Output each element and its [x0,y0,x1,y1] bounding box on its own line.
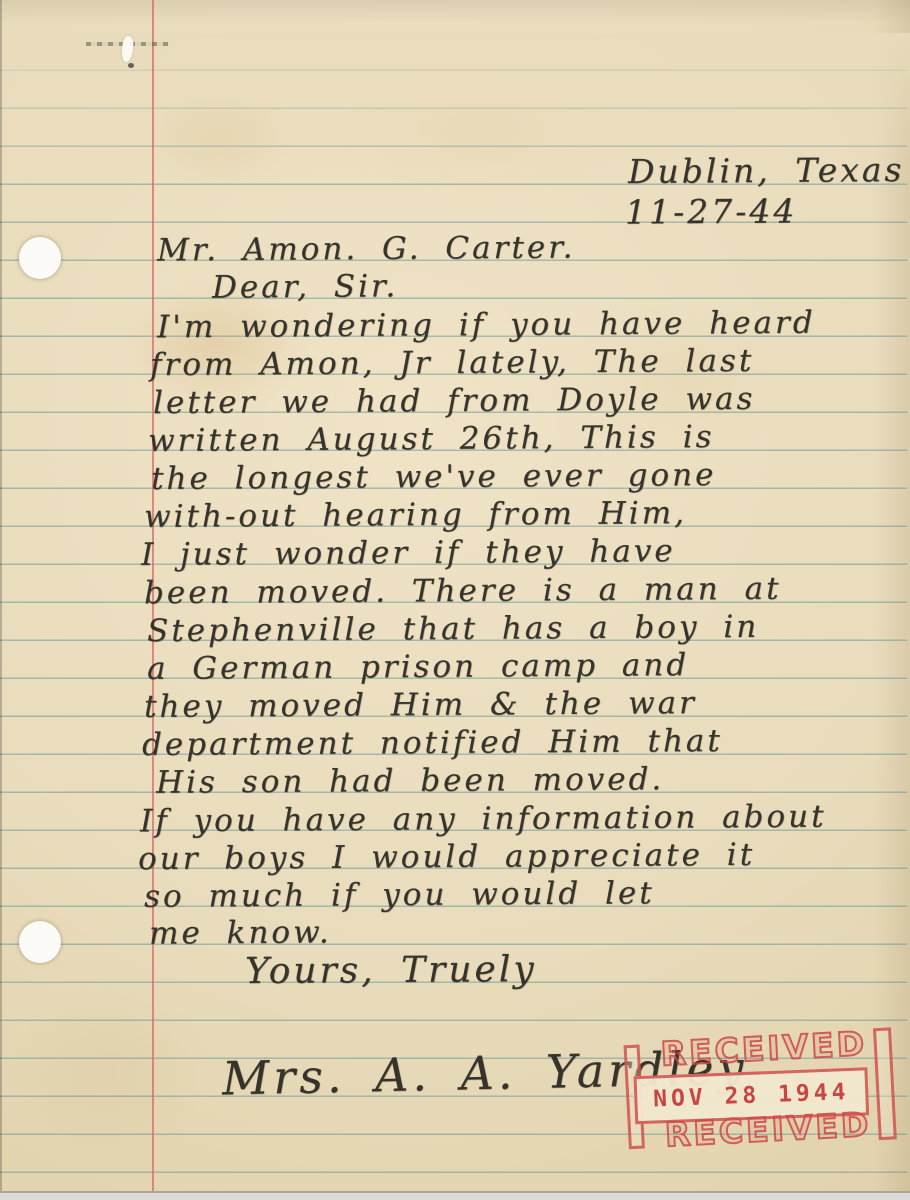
letter-line: me know. [149,914,332,951]
paper-stain [10,980,210,1160]
scanned-letter-page: Dublin, Texas 11-27-44 Mr. Amon. G. Cart… [0,0,910,1200]
dateline-date: 11-27-44 [625,191,798,231]
letter-line: letter we had from Doyle was [153,381,756,421]
closing-line: Yours, Truely [245,949,537,992]
scan-edge-bottom [0,1191,910,1200]
letter-line: I'm wondering if you have heard [157,305,816,346]
letter-line: department notified Him that [142,723,723,763]
scan-edge-left [0,0,2,1200]
letter-line: written August 26th, This is [148,419,715,459]
punch-hole-top [19,237,61,279]
ink-dot [128,63,134,68]
paper-tear-spot [121,35,135,62]
recipient-line: Mr. Amon. G. Carter. [157,230,576,269]
letter-line: a German prison camp and [147,647,689,687]
letter-line: they moved Him & the war [144,685,697,725]
salutation-line: Dear, Sir. [212,268,398,305]
letter-line: His son had been moved. [156,761,664,801]
staple-mark [86,36,168,68]
punch-hole-bottom [19,921,61,963]
letter-line: I just wonder if they have [141,533,676,573]
received-stamp: RECEIVED NOV 28 1944 RECEIVED [643,1026,889,1152]
letter-line: so much if you would let [144,875,655,915]
letter-line: from Amon, Jr lately, The last [150,343,754,383]
letter-line: the longest we've ever gone [151,457,717,497]
letter-line: Stephenville that has a boy in [147,609,759,649]
stamp-word-top: RECEIVED [647,1026,880,1071]
letter-line: been moved. There is a man at [144,571,782,611]
letter-line: our boys I would appreciate it [138,837,755,877]
letter-line: If you have any information about [140,799,827,840]
letter-line: with-out hearing from Him, [144,495,687,535]
dateline-place: Dublin, Texas [628,150,905,191]
